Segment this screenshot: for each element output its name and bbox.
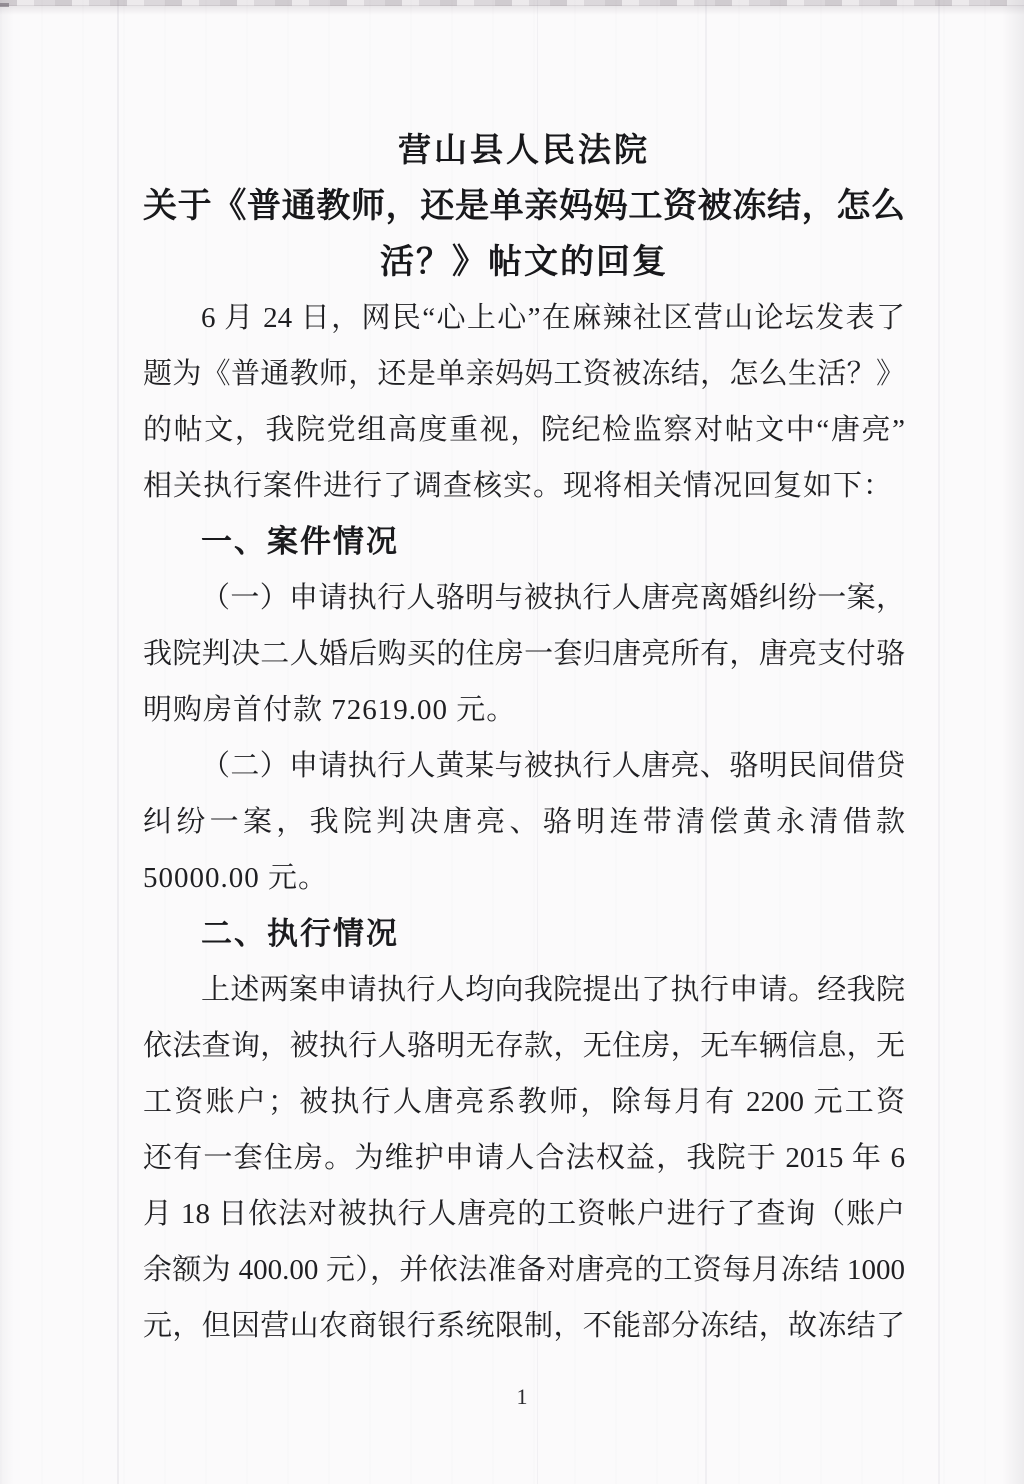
case1-line-1: （一）申请执行人骆明与被执行人唐亮离婚纠纷一案， bbox=[143, 570, 905, 626]
case2-line-3: 50000.00 元。 bbox=[143, 850, 905, 906]
page-number: 1 bbox=[20, 1384, 1024, 1410]
execution-line-3: 工资账户；被执行人唐亮系教师，除每月有 2200 元工资外， bbox=[143, 1074, 905, 1130]
court-name: 营山县人民法院 bbox=[143, 122, 905, 178]
scan-corner-mark bbox=[0, 3, 9, 7]
execution-line-5: 月 18 日依法对被执行人唐亮的工资帐户进行了查询（账户 bbox=[143, 1186, 905, 1242]
case1-line-2: 我院判决二人婚后购买的住房一套归唐亮所有，唐亮支付骆 bbox=[143, 626, 905, 682]
intro-line-1: 6 月 24 日，网民“心上心”在麻辣社区营山论坛发表了 bbox=[143, 290, 905, 346]
execution-line-4: 还有一套住房。为维护申请人合法权益，我院于 2015 年 6 bbox=[143, 1130, 905, 1186]
scan-streak bbox=[938, 0, 940, 1484]
intro-line-3: 的帖文，我院党组高度重视，院纪检监察对帖文中“唐亮” bbox=[143, 402, 905, 458]
document-body: 营山县人民法院 关于《普通教师，还是单亲妈妈工资被冻结，怎么生 活？》帖文的回复… bbox=[143, 122, 905, 1354]
execution-line-1: 上述两案申请执行人均向我院提出了执行申请。经我院 bbox=[143, 962, 905, 1018]
scan-top-edge-fade bbox=[0, 5, 1024, 15]
section-heading-1: 一、案件情况 bbox=[143, 514, 905, 570]
execution-line-6: 余额为 400.00 元），并依法准备对唐亮的工资每月冻结 1000 bbox=[143, 1242, 905, 1298]
intro-line-2: 题为《普通教师，还是单亲妈妈工资被冻结，怎么生活？》 bbox=[143, 346, 905, 402]
case2-line-1: （二）申请执行人黄某与被执行人唐亮、骆明民间借贷 bbox=[143, 738, 905, 794]
section-heading-2: 二、执行情况 bbox=[143, 906, 905, 962]
document-title-line-2: 活？》帖文的回复 bbox=[143, 234, 905, 290]
intro-line-4: 相关执行案件进行了调查核实。现将相关情况回复如下： bbox=[143, 458, 905, 514]
document-title-line-1: 关于《普通教师，还是单亲妈妈工资被冻结，怎么生 bbox=[143, 178, 905, 234]
scan-streak bbox=[117, 0, 119, 1484]
case1-line-3: 明购房首付款 72619.00 元。 bbox=[143, 682, 905, 738]
case2-line-2: 纠纷一案，我院判决唐亮、骆明连带清偿黄永清借款 bbox=[143, 794, 905, 850]
execution-line-2: 依法查询，被执行人骆明无存款，无住房，无车辆信息，无 bbox=[143, 1018, 905, 1074]
execution-line-7: 元，但因营山农商银行系统限制，不能部分冻结，故冻结了 bbox=[143, 1298, 905, 1354]
